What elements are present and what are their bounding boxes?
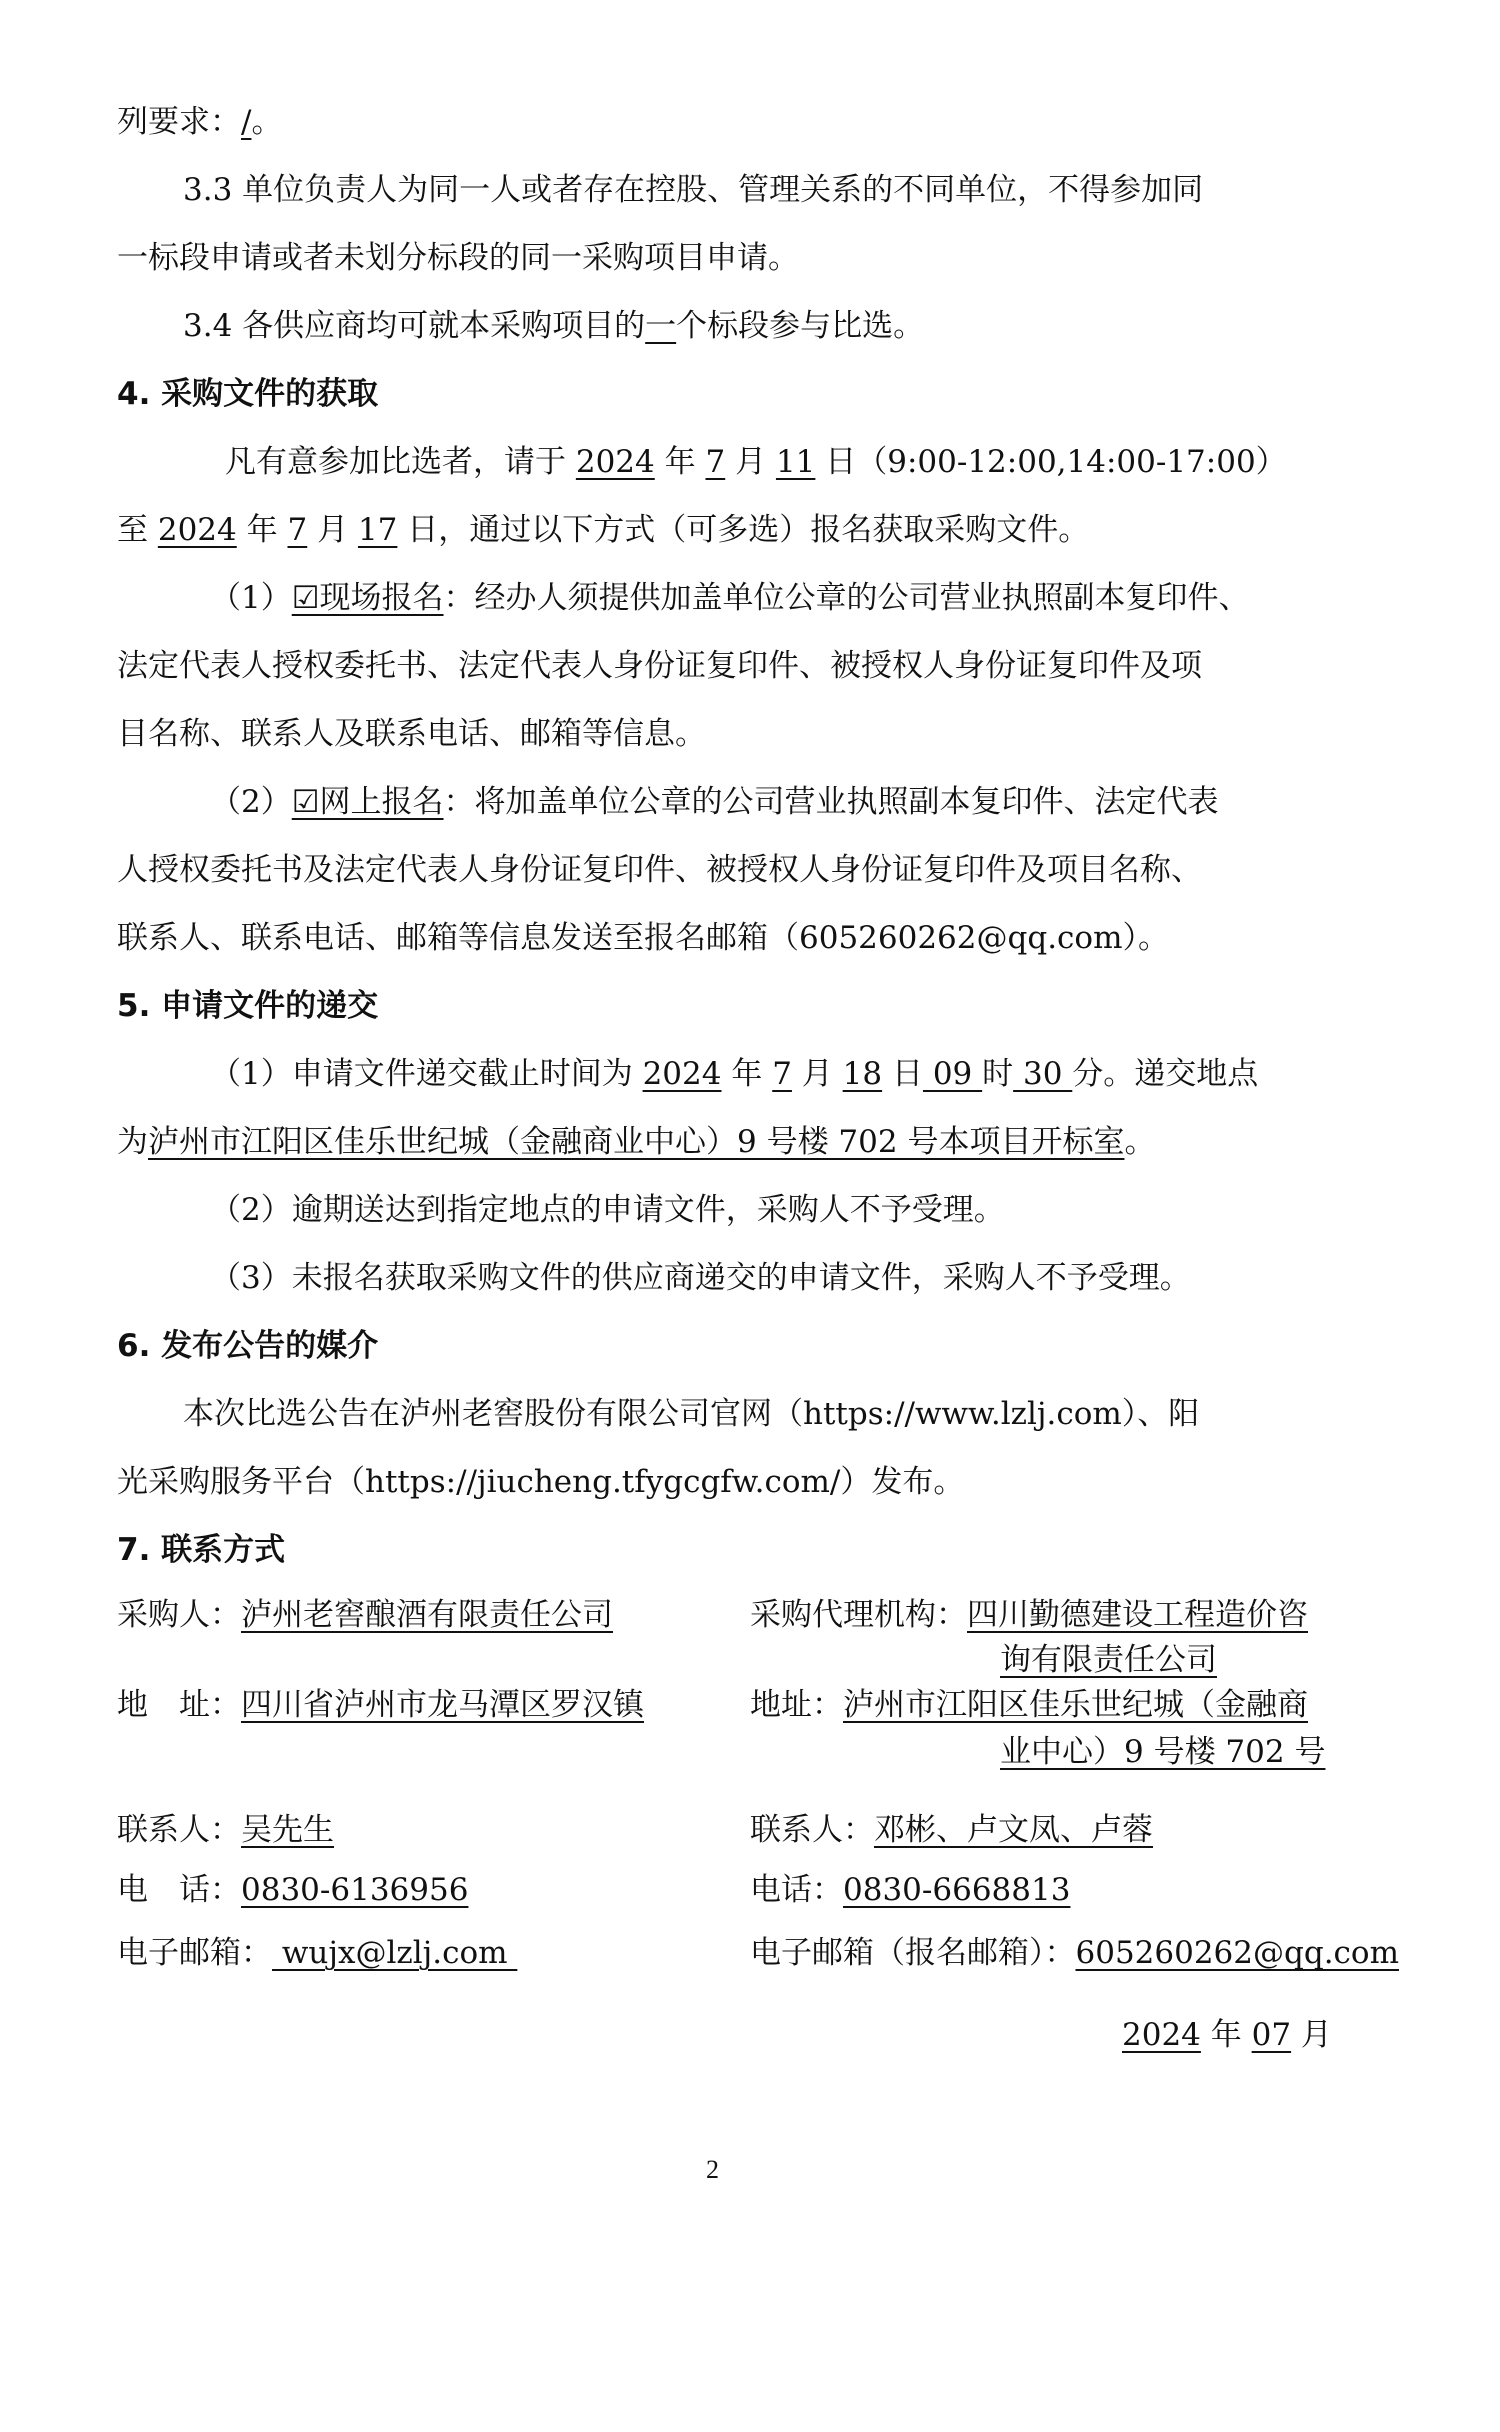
start-day: 11 bbox=[776, 444, 815, 480]
agent-phone-row: 电话：0830-6668813 bbox=[750, 1870, 1070, 1910]
online-registration-l3: 联系人、联系电话、邮箱等信息发送至报名邮箱（605260262@qq.com）。 bbox=[117, 918, 1169, 958]
deadline-day: 18 bbox=[843, 1056, 882, 1092]
label: 电话： bbox=[750, 1872, 843, 1908]
label: 地址： bbox=[750, 1687, 843, 1723]
agent-row: 采购代理机构：四川勤德建设工程造价咨 bbox=[750, 1595, 1308, 1635]
buyer-contact-row: 联系人：吴先生 bbox=[117, 1810, 334, 1850]
agent-row-cont: 询有限责任公司 bbox=[1000, 1640, 1217, 1680]
section-heading-5: 5. 申请文件的递交 bbox=[117, 986, 378, 1026]
agent-email-row: 电子邮箱（报名邮箱）：605260262@qq.com bbox=[750, 1933, 1399, 1973]
section-heading-4: 4. 采购文件的获取 bbox=[117, 374, 378, 414]
text: 至 bbox=[117, 512, 158, 548]
end-day: 17 bbox=[358, 512, 397, 548]
label: 采购人： bbox=[117, 1597, 241, 1633]
deadline-year: 2024 bbox=[643, 1056, 722, 1092]
online-registration: （2）☑网上报名：将加盖单位公章的公司营业执照副本复印件、法定代表 bbox=[210, 782, 1219, 822]
text: （1） bbox=[210, 580, 292, 616]
text: 日，通过以下方式（可多选）报名获取采购文件。 bbox=[397, 512, 1089, 548]
text: 。 bbox=[1124, 1124, 1155, 1160]
agent-address-cont: 业中心）9 号楼 702 号 bbox=[1000, 1732, 1325, 1772]
media-line-2: 光采购服务平台（https://jiucheng.tfygcgfw.com/）发… bbox=[117, 1462, 964, 1502]
underlined-value: / bbox=[241, 104, 251, 140]
buyer-address-row: 地 址：四川省泸州市龙马潭区罗汉镇 bbox=[117, 1685, 644, 1725]
issue-date: 2024 年 07 月 bbox=[1122, 2015, 1332, 2055]
text: 月 bbox=[1291, 2017, 1332, 2053]
checked-checkbox-onsite: ☑现场报名 bbox=[292, 580, 444, 616]
clause-4-period: 凡有意参加比选者，请于 2024 年 7 月 11 日（9:00-12:00,1… bbox=[225, 442, 1287, 482]
onsite-registration: （1）☑现场报名：经办人须提供加盖单位公章的公司营业执照副本复印件、 bbox=[210, 578, 1250, 618]
text: 年 bbox=[655, 444, 706, 480]
agent-address: 泸州市江阳区佳乐世纪城（金融商 bbox=[843, 1687, 1308, 1723]
label: 电 话： bbox=[117, 1872, 241, 1908]
text: 日 bbox=[882, 1056, 923, 1092]
text: 月 bbox=[307, 512, 358, 548]
paragraph-requirement-tail: 列要求：/。 bbox=[117, 102, 282, 142]
buyer-phone: 0830-6136956 bbox=[241, 1872, 468, 1908]
label: 采购代理机构： bbox=[750, 1597, 967, 1633]
buyer-contact-person: 吴先生 bbox=[241, 1812, 334, 1848]
agent-contact-row: 联系人：邓彬、卢文凤、卢蓉 bbox=[750, 1810, 1153, 1850]
agent-name: 四川勤德建设工程造价咨 bbox=[967, 1597, 1308, 1633]
buyer-email: wujx@lzlj.com bbox=[272, 1935, 517, 1971]
section-heading-7: 7. 联系方式 bbox=[117, 1530, 285, 1570]
date-month: 07 bbox=[1252, 2017, 1291, 2053]
text: 年 bbox=[1201, 2017, 1252, 2053]
agent-phone: 0830-6668813 bbox=[843, 1872, 1070, 1908]
clause-3-3: 3.3 单位负责人为同一人或者存在控股、管理关系的不同单位，不得参加同 bbox=[183, 170, 1203, 210]
text: 月 bbox=[725, 444, 776, 480]
buyer-name: 泸州老窖酿酒有限责任公司 bbox=[241, 1597, 613, 1633]
buyer-email-row: 电子邮箱： wujx@lzlj.com bbox=[117, 1933, 517, 1973]
underlined-value: 一 bbox=[645, 308, 676, 344]
text: 为 bbox=[117, 1124, 148, 1160]
text: 日（9:00-12:00,14:00-17:00） bbox=[815, 444, 1286, 480]
text: 列要求： bbox=[117, 104, 241, 140]
agent-contact-persons: 邓彬、卢文凤、卢蓉 bbox=[874, 1812, 1153, 1848]
label: 电子邮箱： bbox=[117, 1935, 272, 1971]
text: 分。递交地点 bbox=[1072, 1056, 1258, 1092]
label: 联系人： bbox=[117, 1812, 241, 1848]
submission-address: 泸州市江阳区佳乐世纪城（金融商业中心）9 号楼 702 号本项目开标室 bbox=[148, 1124, 1124, 1160]
online-registration-l2: 人授权委托书及法定代表人身份证复印件、被授权人身份证复印件及项目名称、 bbox=[117, 850, 1202, 890]
agent-name-cont: 询有限责任公司 bbox=[1000, 1642, 1217, 1678]
clause-4-period-cont: 至 2024 年 7 月 17 日，通过以下方式（可多选）报名获取采购文件。 bbox=[117, 510, 1089, 550]
agent-email: 605260262@qq.com bbox=[1076, 1935, 1399, 1971]
text: （1）申请文件递交截止时间为 bbox=[210, 1056, 643, 1092]
text: 年 bbox=[721, 1056, 772, 1092]
label: 电子邮箱（报名邮箱）： bbox=[750, 1935, 1076, 1971]
late-submission-clause: （2）逾期送达到指定地点的申请文件，采购人不予受理。 bbox=[210, 1190, 1005, 1230]
agent-address-cont: 业中心）9 号楼 702 号 bbox=[1000, 1734, 1325, 1770]
deadline-month: 7 bbox=[772, 1056, 792, 1092]
start-month: 7 bbox=[705, 444, 725, 480]
submission-deadline: （1）申请文件递交截止时间为 2024 年 7 月 18 日 09 时 30 分… bbox=[210, 1054, 1258, 1094]
text: 。 bbox=[251, 104, 282, 140]
buyer-address: 四川省泸州市龙马潭区罗汉镇 bbox=[241, 1687, 644, 1723]
deadline-hour: 09 bbox=[923, 1056, 982, 1092]
clause-3-4: 3.4 各供应商均可就本采购项目的一个标段参与比选。 bbox=[183, 306, 924, 346]
label: 地 址： bbox=[117, 1687, 241, 1723]
text: ：经办人须提供加盖单位公章的公司营业执照副本复印件、 bbox=[444, 580, 1250, 616]
onsite-registration-l2: 法定代表人授权委托书、法定代表人身份证复印件、被授权人身份证复印件及项 bbox=[117, 646, 1202, 686]
text: 凡有意参加比选者，请于 bbox=[225, 444, 576, 480]
text: 年 bbox=[237, 512, 288, 548]
end-year: 2024 bbox=[158, 512, 237, 548]
text: ：将加盖单位公章的公司营业执照副本复印件、法定代表 bbox=[444, 784, 1219, 820]
deadline-minute: 30 bbox=[1013, 1056, 1072, 1092]
clause-3-3-cont: 一标段申请或者未划分标段的同一采购项目申请。 bbox=[117, 238, 799, 278]
text: 3.4 各供应商均可就本采购项目的 bbox=[183, 308, 645, 344]
buyer-row: 采购人：泸州老窖酿酒有限责任公司 bbox=[117, 1595, 613, 1635]
checked-checkbox-online: ☑网上报名 bbox=[292, 784, 444, 820]
text: 月 bbox=[792, 1056, 843, 1092]
text: 个标段参与比选。 bbox=[676, 308, 924, 344]
submission-location: 为泸州市江阳区佳乐世纪城（金融商业中心）9 号楼 702 号本项目开标室。 bbox=[117, 1122, 1155, 1162]
buyer-phone-row: 电 话：0830-6136956 bbox=[117, 1870, 468, 1910]
media-line-1: 本次比选公告在泸州老窖股份有限公司官网（https://www.lzlj.com… bbox=[183, 1394, 1199, 1434]
start-year: 2024 bbox=[576, 444, 655, 480]
onsite-registration-l3: 目名称、联系人及联系电话、邮箱等信息。 bbox=[117, 714, 706, 754]
text: 时 bbox=[982, 1056, 1013, 1092]
text: （2） bbox=[210, 784, 292, 820]
page-number: 2 bbox=[706, 2155, 719, 2185]
date-year: 2024 bbox=[1122, 2017, 1201, 2053]
label: 联系人： bbox=[750, 1812, 874, 1848]
unregistered-clause: （3）未报名获取采购文件的供应商递交的申请文件，采购人不予受理。 bbox=[210, 1258, 1191, 1298]
end-month: 7 bbox=[287, 512, 307, 548]
section-heading-6: 6. 发布公告的媒介 bbox=[117, 1326, 378, 1366]
agent-address-row: 地址：泸州市江阳区佳乐世纪城（金融商 bbox=[750, 1685, 1308, 1725]
